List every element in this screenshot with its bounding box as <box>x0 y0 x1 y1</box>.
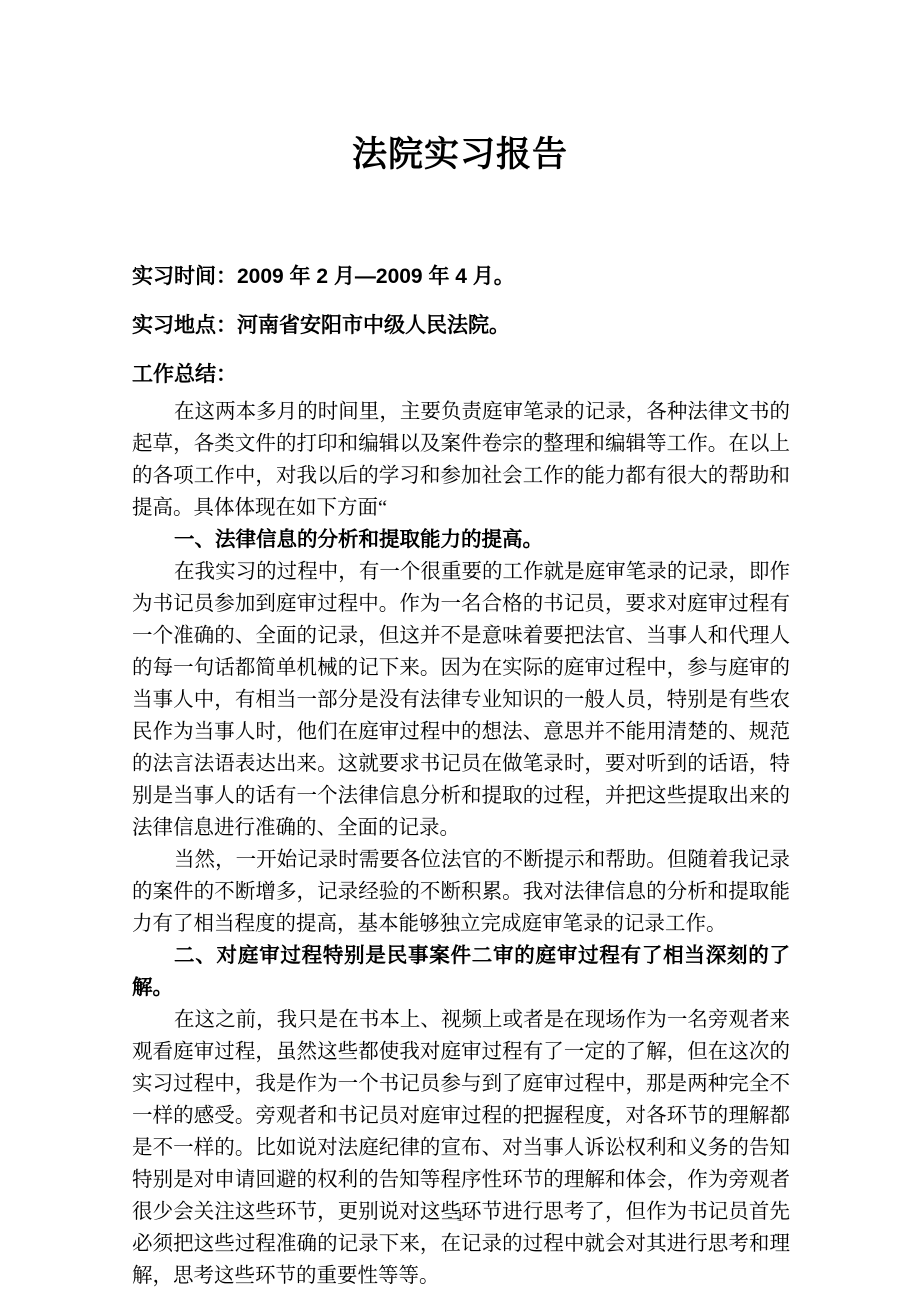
document-title: 法院实习报告 <box>0 134 920 176</box>
paragraph-section1-conclusion: 当然，一开始记录时需要各位法官的不断提示和帮助。但随着我记录的案件的不断增多，记… <box>132 844 790 940</box>
page-number: - 1 - <box>0 1208 920 1226</box>
section-heading-1: 一、法律信息的分析和提取能力的提高。 <box>132 524 790 556</box>
paragraph-section1-detail: 在我实习的过程中，有一个很重要的工作就是庭审笔录的记录，即作为书记员参加到庭审过… <box>132 556 790 844</box>
meta-line-work-summary: 工作总结： <box>132 363 790 386</box>
paragraph-section2-detail: 在这之前，我只是在书本上、视频上或者是在现场作为一名旁观者来观看庭审过程，虽然这… <box>132 1004 790 1292</box>
meta-block: 实习时间：2009 年 2 月—2009 年 4 月。 实习地点：河南省安阳市中… <box>132 265 790 412</box>
meta-line-internship-place: 实习地点：河南省安阳市中级人民法院。 <box>132 314 790 337</box>
section-heading-2: 二、对庭审过程特别是民事案件二审的庭审过程有了相当深刻的了解。 <box>132 940 790 1004</box>
meta-line-internship-time: 实习时间：2009 年 2 月—2009 年 4 月。 <box>132 265 790 288</box>
paragraph-overview: 在这两本多月的时间里，主要负责庭审笔录的记录，各种法律文书的起草，各类文件的打印… <box>132 396 790 524</box>
document-page: 法院实习报告 实习时间：2009 年 2 月—2009 年 4 月。 实习地点：… <box>0 0 920 1302</box>
document-body: 在这两本多月的时间里，主要负责庭审笔录的记录，各种法律文书的起草，各类文件的打印… <box>132 396 790 1292</box>
